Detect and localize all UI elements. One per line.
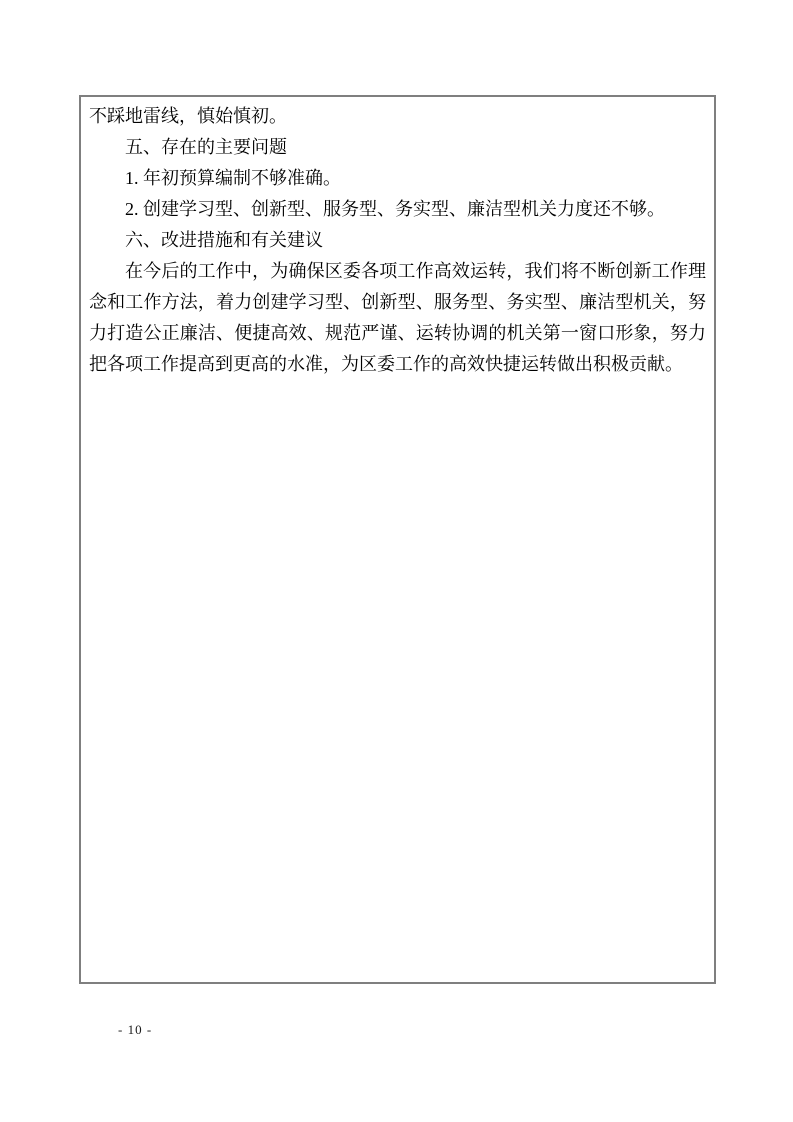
section-6-heading: 六、改进措施和有关建议 — [89, 225, 706, 256]
content-border-box: 不踩地雷线，慎始慎初。 五、存在的主要问题 1. 年初预算编制不够准确。 2. … — [79, 95, 716, 984]
section-5-item-2: 2. 创建学习型、创新型、服务型、务实型、廉洁型机关力度还不够。 — [89, 194, 706, 225]
section-5-heading: 五、存在的主要问题 — [89, 132, 706, 163]
section-5-item-1: 1. 年初预算编制不够准确。 — [89, 163, 706, 194]
document-page: 不踩地雷线，慎始慎初。 五、存在的主要问题 1. 年初预算编制不够准确。 2. … — [0, 0, 793, 1122]
continuation-text: 不踩地雷线，慎始慎初。 — [89, 101, 706, 132]
page-number: - 10 - — [118, 1022, 152, 1038]
section-6-paragraph: 在今后的工作中，为确保区委各项工作高效运转，我们将不断创新工作理念和工作方法，着… — [89, 256, 706, 380]
